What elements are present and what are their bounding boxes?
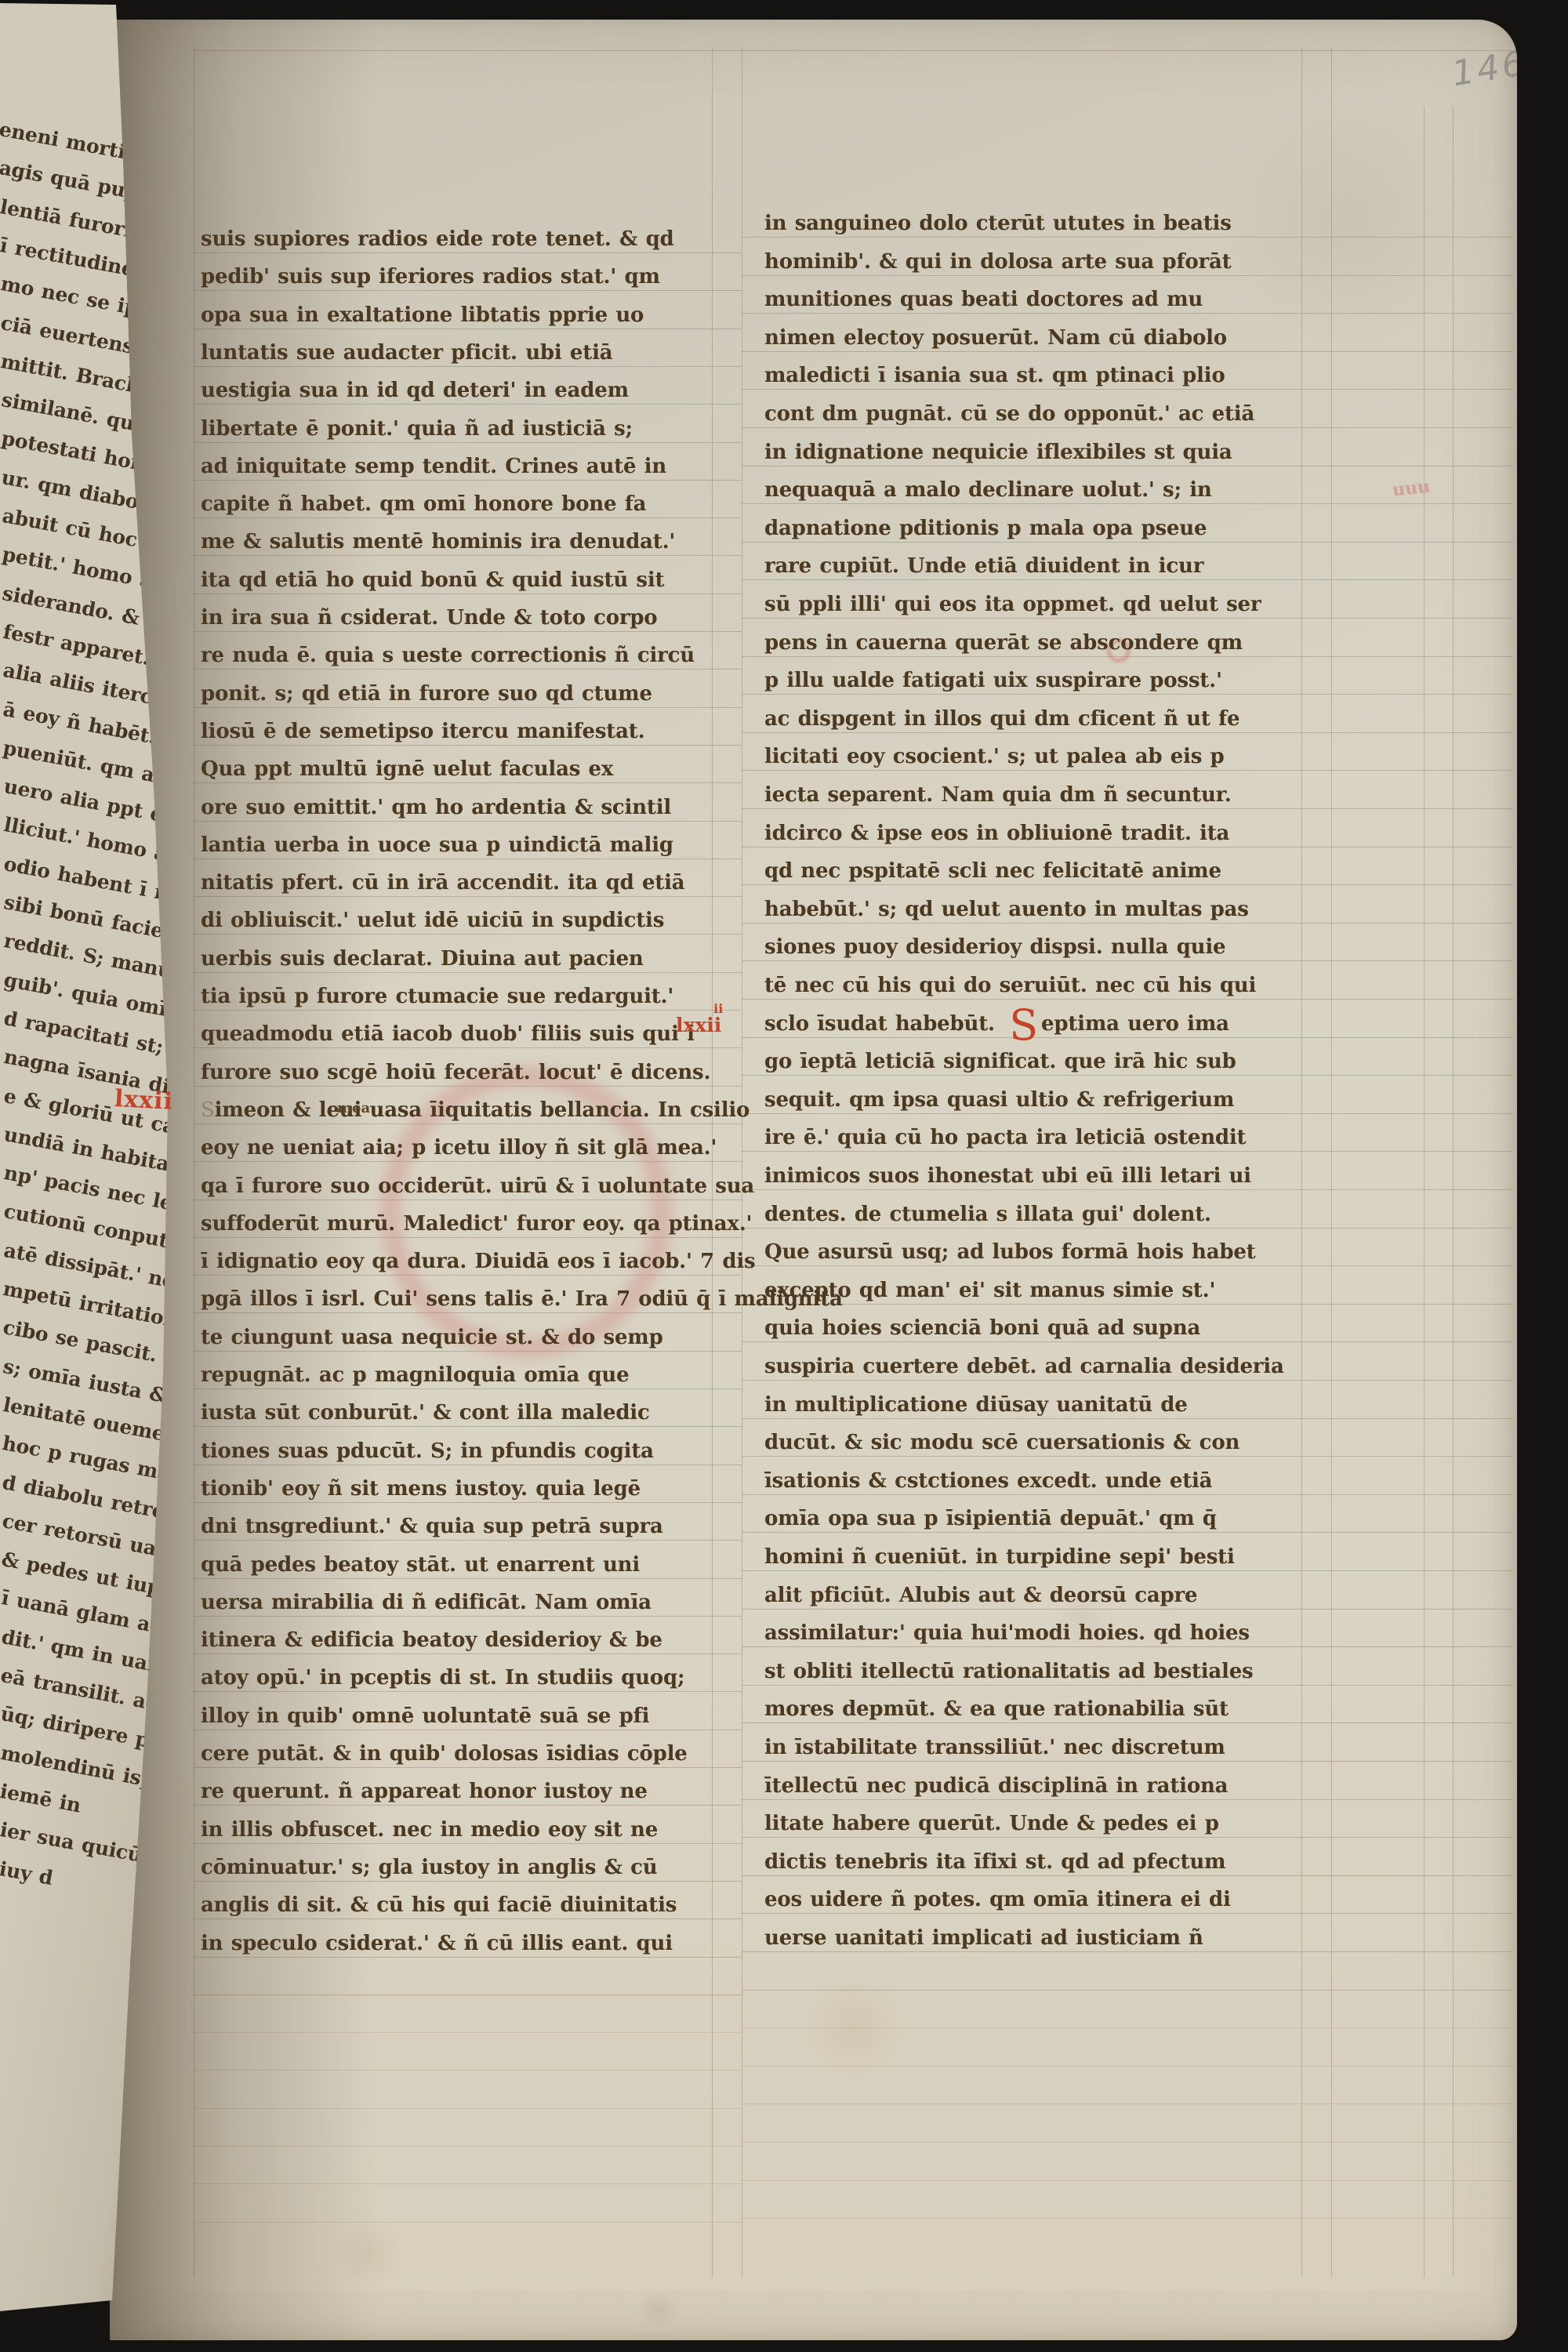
ruling-horizontal — [742, 2218, 1513, 2219]
manuscript-line: cere putāt. & in quib' dolosas īsidias c… — [201, 1742, 688, 1766]
manuscript-line: itinera & edificia beatoy desiderioy & b… — [201, 1628, 662, 1653]
manuscript-line: pgā illos ī isrl. Cui' sens talis ē.' Ir… — [201, 1287, 843, 1312]
manuscript-line: in speculo csiderat.' & ñ cū illis eant.… — [201, 1932, 673, 1956]
manuscript-line: dentes. de ctumelia s illata gui' dolent… — [764, 1203, 1211, 1227]
manuscript-line: īsationis & cstctiones excedt. unde etiā — [764, 1469, 1212, 1494]
ruling-horizontal — [742, 2066, 1513, 2067]
manuscript-line: me & salutis mentē hominis ira denudat.' — [201, 530, 675, 554]
manuscript-line: idcirco & ipse eos in obliuionē tradit. … — [764, 822, 1229, 846]
manuscript-line: suffoderūt murū. Maledict' furor eoy. qa… — [201, 1212, 752, 1236]
manuscript-line: libertate ē ponit.' quia ñ ad iusticiā s… — [201, 417, 633, 441]
manuscript-line: alit pficiūt. Alubis aut & deorsū capre — [764, 1584, 1197, 1608]
ruling-horizontal — [194, 2183, 742, 2184]
manuscript-line: st obliti itellectū rationalitatis ad be… — [764, 1660, 1253, 1684]
manuscript-line: luntatis sue audacter pficit. ubi etiā — [201, 341, 612, 365]
manuscript-line: re querunt. ñ appareat honor iustoy ne — [201, 1780, 648, 1804]
manuscript-line: ac dispgent in illos qui dm cficent ñ ut… — [764, 707, 1240, 731]
manuscript-line: sclo īsudat habebūt. Septima uero ima — [764, 1012, 1229, 1036]
manuscript-line: nequaquā a malo declinare uolut.' s; in — [764, 478, 1212, 503]
manuscript-line: Que asursū usq; ad lubos formā hois habe… — [764, 1240, 1256, 1265]
pink-offset-mark: uuu — [1392, 477, 1431, 501]
manuscript-line: iecta separent. Nam quia dm ñ secuntur. — [764, 783, 1232, 808]
previous-page-line: iuy d — [0, 1857, 55, 1890]
manuscript-line: nitatis pfert. cū in irā accendit. ita q… — [201, 871, 684, 895]
ruling-horizontal — [194, 50, 1513, 51]
manuscript-line: uersa mirabilia di ñ edificāt. Nam omīa — [201, 1591, 652, 1615]
manuscript-line: eoy ne ueniat aia; p icetu illoy ñ sit g… — [201, 1136, 717, 1160]
manuscript-photo: uuu suis supiores radios eide rote tenet… — [0, 0, 1568, 2352]
manuscript-line: in īstabilitate transsiliūt.' nec discre… — [764, 1736, 1225, 1760]
manuscript-line: ītellectū nec pudicā disciplinā in ratio… — [764, 1774, 1228, 1798]
manuscript-line: suis supiores radios eide rote tenet. & … — [201, 227, 674, 252]
manuscript-line: in multiplicatione diūsay uanitatū de — [764, 1393, 1188, 1417]
manuscript-line: Qua ppt multū ignē uelut faculas ex — [201, 757, 613, 782]
manuscript-line: iusta sūt conburūt.' & cont illa maledic — [201, 1401, 650, 1425]
ruling-vertical — [742, 47, 742, 2278]
margin-chapter-numeral: lxxii — [114, 1085, 174, 1116]
ruling-horizontal — [742, 2027, 1513, 2028]
manuscript-line: omīa opa sua p īsipientiā depuāt.' qm q̄ — [764, 1507, 1217, 1531]
manuscript-line: queadmodu etiā iacob duob' filiis suis q… — [201, 1022, 695, 1047]
ruling-vertical — [1331, 47, 1332, 2278]
manuscript-line: in sanguineo dolo cterūt ututes in beati… — [764, 212, 1232, 236]
text-column-right: in sanguineo dolo cterūt ututes in beati… — [764, 212, 1305, 1984]
manuscript-line: ad iniquitate semp tendit. Crines autē i… — [201, 455, 666, 479]
manuscript-line: illoy in quib' omnē uoluntatē suā se pfi — [201, 1704, 649, 1729]
manuscript-line: p illu ualde fatigati uix suspirare poss… — [764, 669, 1222, 693]
manuscript-line: furore suo scgē hoiū fecerāt. locut' ē d… — [201, 1061, 710, 1085]
manuscript-line: inimicos suos ihonestat ubi eū illi leta… — [764, 1164, 1251, 1189]
manuscript-line: in illis obfuscet. nec in medio eoy sit … — [201, 1818, 658, 1842]
manuscript-line: assimilatur:' quia hui'modi hoies. qd ho… — [764, 1621, 1250, 1646]
ruling-vertical — [194, 47, 194, 2278]
manuscript-line: sequit. qm ipsa quasi ultio & refrigeriu… — [764, 1088, 1234, 1112]
manuscript-line: dictis tenebris ita īfixi st. qd ad pfec… — [764, 1850, 1225, 1875]
ruling-horizontal — [742, 1990, 1513, 1991]
manuscript-line: eos uidere ñ potes. qm omīa itinera ei d… — [764, 1888, 1231, 1912]
manuscript-line: cōminuatur.' s; gla iustoy in anglis & c… — [201, 1856, 657, 1880]
sketched-initial: S — [201, 1098, 215, 1122]
manuscript-line: te ciungunt uasa nequicie st. & do semp — [201, 1326, 663, 1350]
manuscript-line: in ira sua ñ csiderat. Unde & toto corpo — [201, 606, 657, 630]
interlinear-gloss: mea — [337, 1100, 370, 1116]
manuscript-line: ponit. s; qd etiā in furore suo qd ctume — [201, 682, 652, 706]
manuscript-line: uestigia sua in id qd deteri' in eadem — [201, 379, 629, 403]
manuscript-line: capite ñ habet. qm omī honore bone fa — [201, 492, 646, 517]
manuscript-line: tia ipsū p furore ctumacie sue redarguit… — [201, 985, 673, 1009]
ruling-horizontal — [194, 2108, 742, 2109]
manuscript-line: maledicti ī isania sua st. qm ptinaci pl… — [764, 364, 1225, 388]
inline-chapter-numeral-text: lxxii — [676, 1014, 721, 1036]
manuscript-line: licitati eoy csocient.' s; ut palea ab e… — [764, 745, 1225, 769]
manuscript-line: litate habere querūt. Unde & pedes ei p — [764, 1812, 1219, 1836]
manuscript-line: ī idignatio eoy qa dura. Diuidā eos ī ia… — [201, 1250, 756, 1274]
manuscript-line: habebūt.' s; qd uelut auento in multas p… — [764, 898, 1249, 922]
manuscript-line: ducūt. & sic modu scē cuersationis & con — [764, 1431, 1240, 1455]
manuscript-line: pedib' suis sup iferiores radios stat.' … — [201, 265, 660, 289]
manuscript-line: repugnāt. ac p magniloquia omīa que — [201, 1363, 629, 1388]
manuscript-line: tionib' eoy ñ sit mens iustoy. quia legē — [201, 1477, 641, 1501]
ruling-horizontal — [194, 2222, 742, 2223]
manuscript-line: re nuda ē. quia s ueste correctionis ñ c… — [201, 644, 695, 668]
manuscript-line: siones puoy desiderioy dispsi. nulla qui… — [764, 935, 1225, 960]
manuscript-line: di obliuiscit.' uelut idē uiciū in supdi… — [201, 909, 664, 933]
manuscript-line: dapnatione pditionis p mala opa pseue — [764, 517, 1207, 541]
manuscript-line: ore suo emittit.' qm ho ardentia & scint… — [201, 796, 671, 820]
ruling-horizontal — [742, 2180, 1513, 2181]
manuscript-line: qd nec pspitatē scli nec felicitatē anim… — [764, 859, 1221, 884]
manuscript-line: liosū ē de semetipso itercu manifestat. — [201, 720, 644, 744]
manuscript-line: rare cupiūt. Unde etiā diuident in icur — [764, 554, 1203, 579]
manuscript-line: ita qd etiā ho quid bonū & quid iustū si… — [201, 568, 664, 593]
manuscript-line: suspiria cuertere debēt. ad carnalia des… — [764, 1355, 1284, 1379]
manuscript-line: mores depmūt. & ea que rationabilia sūt — [764, 1697, 1229, 1722]
manuscript-line: uerse uanitati implicati ad iusticiam ñ — [764, 1926, 1203, 1951]
ruling-horizontal — [194, 2032, 742, 2033]
manuscript-line: nimen electoy posuerūt. Nam cū diabolo — [764, 326, 1227, 350]
inline-chapter-numeral: lxxiiii — [676, 1015, 721, 1035]
ruling-horizontal — [742, 2142, 1513, 2143]
manuscript-line: Simeon & leui uasa īiquitatis bellancia.… — [201, 1098, 750, 1123]
manuscript-line: pens in cauerna querāt se abscondere qm — [764, 631, 1243, 655]
manuscript-line: cont dm pugnāt. cū se do opponūt.' ac et… — [764, 402, 1254, 426]
manuscript-line: anglis di sit. & cū his qui faciē diuini… — [201, 1893, 677, 1918]
manuscript-line: tiones suas pducūt. S; in pfundis cogita — [201, 1439, 654, 1464]
manuscript-line: atoy opū.' in pceptis di st. In studiis … — [201, 1666, 684, 1690]
manuscript-line: ire ē.' quia cū ho pacta ira leticiā ost… — [764, 1126, 1246, 1150]
manuscript-line: lantia uerba in uoce sua p uindictā mali… — [201, 833, 673, 858]
manuscript-line: hominib'. & qui in dolosa arte sua pforā… — [764, 250, 1231, 274]
manuscript-line: munitiones quas beati doctores ad mu — [764, 288, 1203, 312]
manuscript-line: quā pedes beatoy stāt. ut enarrent uni — [201, 1553, 640, 1577]
previous-page-line: iemē in — [0, 1780, 83, 1817]
manuscript-line: quia hoies scienciā boni quā ad supna — [764, 1316, 1200, 1341]
manuscript-line: sū ppli illi' qui eos ita oppmet. qd uel… — [764, 593, 1261, 617]
manuscript-line: in idignatione nequicie iflexibiles st q… — [764, 441, 1232, 465]
manuscript-line: go īeptā leticiā significat. que irā hic… — [764, 1050, 1236, 1074]
manuscript-line: tē nec cū his qui do seruiūt. nec cū his… — [764, 974, 1256, 998]
ruling-horizontal — [194, 2070, 742, 2071]
manuscript-page: uuu suis supiores radios eide rote tenet… — [110, 20, 1517, 2340]
inline-chapter-numeral-sup: ii — [713, 1003, 723, 1015]
ruling-horizontal — [742, 2103, 1513, 2104]
manuscript-line: dni tnsgrediunt.' & quia sup petrā supra — [201, 1515, 663, 1539]
ruling-horizontal — [194, 2146, 742, 2147]
text-column-left: suis supiores radios eide rote tenet. & … — [201, 227, 718, 1999]
manuscript-line: qa ī furore suo occiderūt. uirū & ī uolu… — [201, 1174, 754, 1199]
manuscript-line: opa sua in exaltatione libtatis pprie uo — [201, 303, 644, 328]
manuscript-line: homini ñ cueniūt. in turpidine sepi' bes… — [764, 1545, 1235, 1570]
manuscript-line: excepto qd man' ei' sit manus simie st.' — [764, 1279, 1215, 1303]
manuscript-line: uerbis suis declarat. Diuina aut pacien — [201, 947, 644, 971]
